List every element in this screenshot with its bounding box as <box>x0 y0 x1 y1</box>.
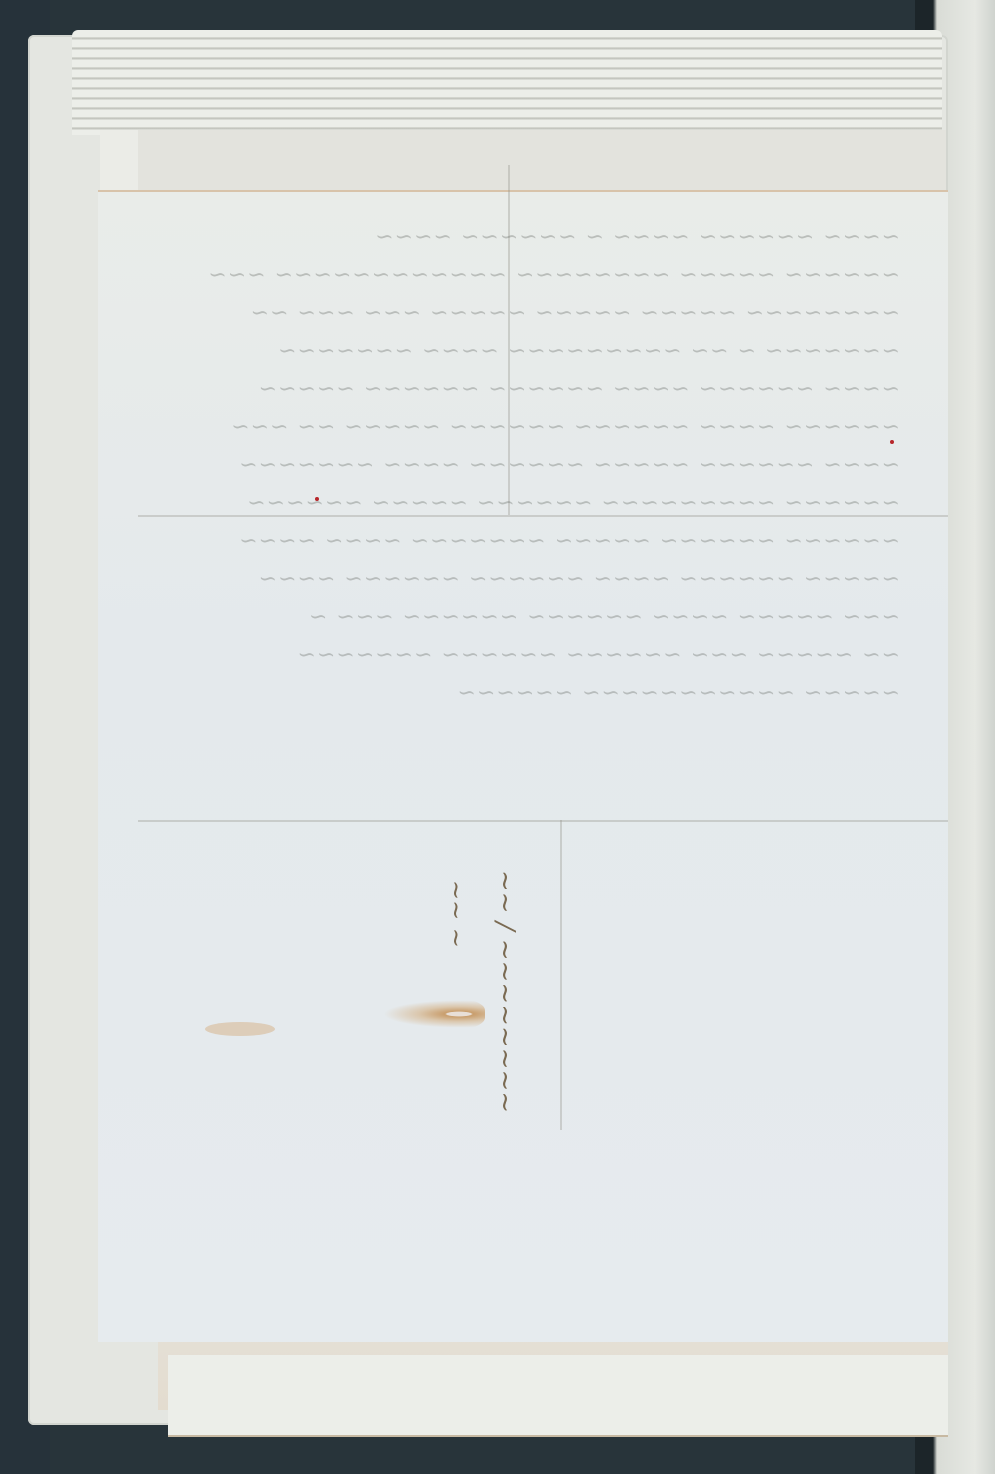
fold-line <box>138 820 948 822</box>
red-ink-dot <box>890 440 894 444</box>
red-ink-dot <box>315 497 319 501</box>
seal-residue <box>355 995 485 1033</box>
bottom-sheet <box>168 1355 948 1437</box>
top-deckled-edges <box>72 30 942 135</box>
fold-line <box>560 820 562 1130</box>
bleed-through-text-block: ~~~~ ~~~~~~ ~~~~ ~ ~~~~~~ ~~~~ ~~~~~~ ~~… <box>180 225 900 719</box>
endorsement-line-1: ~~ / ~~~~~~~~ <box>490 870 520 1113</box>
endorsement-line-2: ~~ ~ <box>442 880 470 948</box>
stain-trail <box>205 1022 275 1036</box>
